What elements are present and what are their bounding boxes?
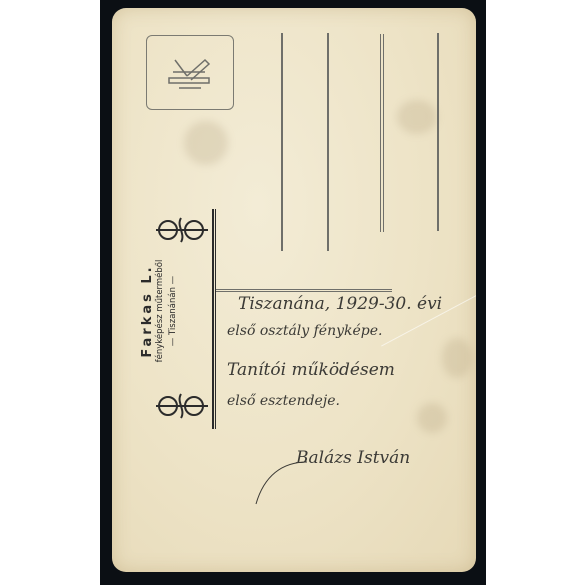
address-line [380, 34, 384, 232]
handwritten-line-2: első osztály fényképe. [227, 323, 382, 339]
photographer-location: — Tiszanánán — [167, 221, 180, 401]
photographer-subtitle: fényképész műterméből [154, 221, 167, 401]
imprint-border [212, 209, 216, 429]
handwritten-line-4: első esztendeje. [227, 393, 340, 409]
photographer-imprint: Farkas L. fényképész műterméből — Tiszan… [141, 221, 180, 401]
address-line [327, 33, 329, 251]
stain [417, 403, 447, 433]
stamp-box [146, 35, 234, 110]
postcard-back: Farkas L. fényképész műterméből — Tiszan… [112, 8, 476, 572]
handwritten-line-1: Tiszanána, 1929-30. évi [238, 294, 442, 314]
signature: Balázs István [296, 448, 410, 468]
stamp-placeholder-icon [165, 50, 217, 96]
address-line [437, 33, 439, 231]
handwritten-line-3: Tanítói működésem [227, 360, 395, 380]
stain [184, 121, 228, 165]
divider-line [216, 289, 392, 292]
address-line [281, 33, 283, 251]
stain [397, 100, 437, 134]
photographer-name: Farkas L. [141, 221, 154, 401]
stain [442, 338, 472, 378]
